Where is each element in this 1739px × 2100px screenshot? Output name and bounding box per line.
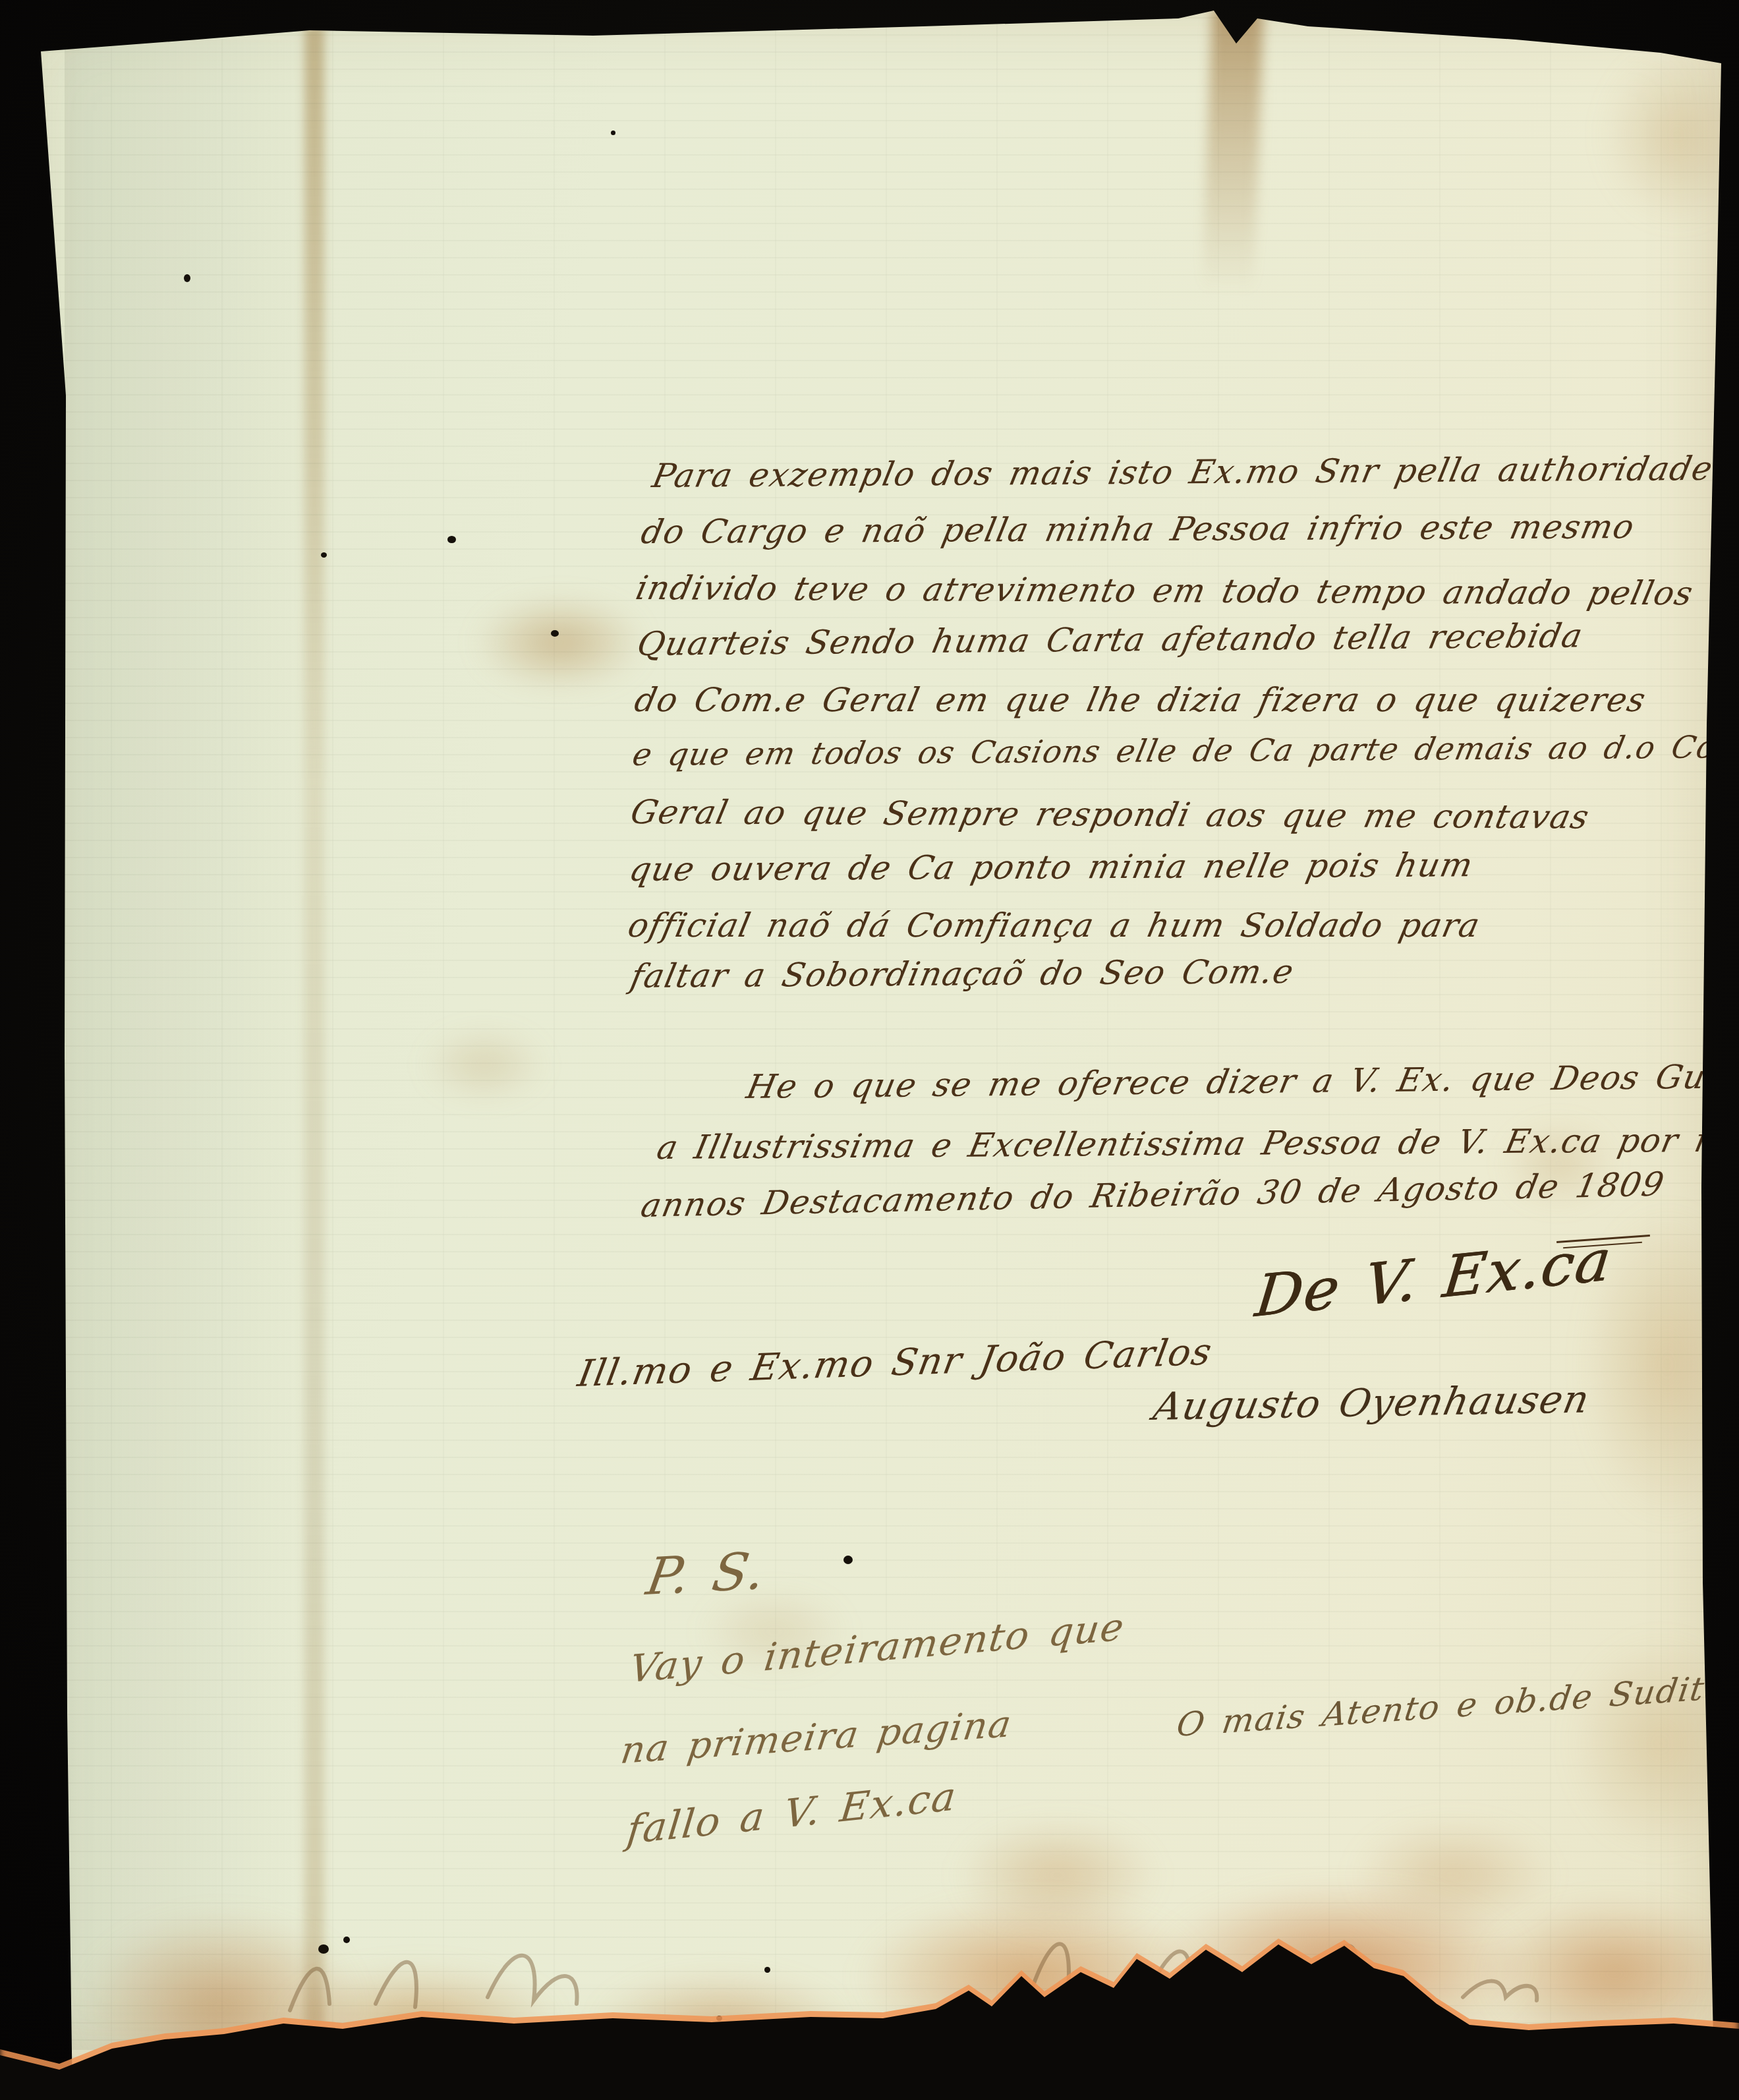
body-line-5: do Com.e Geral em que lhe dizia fizera o… (631, 681, 1649, 719)
ink-speck (447, 536, 456, 543)
body-line-2: do Cargo e naõ pella minha Pessoa infrio… (638, 508, 1638, 551)
ink-speck (551, 630, 559, 637)
ink-speck (843, 1556, 853, 1564)
left-margin-tone (65, 40, 308, 2050)
body-line-8: que ouvera de Ca ponto minia nelle pois … (626, 846, 1477, 889)
closing-line-2: a Illustrissima e Excellentissima Pessoa… (654, 1121, 1739, 1167)
photograph-of-letter: Para exzemplo dos mais isto Ex.mo Snr pe… (0, 0, 1739, 2100)
postscript-heading: P. S. (642, 1542, 770, 1607)
top-center-fold-crease (1203, 9, 1264, 293)
letter-page: Para exzemplo dos mais isto Ex.mo Snr pe… (0, 0, 1739, 2100)
signature: Augusto Oyenhausen (1150, 1377, 1593, 1429)
body-line-3: individo teve o atrevimento em todo temp… (633, 569, 1697, 612)
stain-blot (474, 597, 646, 689)
vertical-fold-crease (304, 26, 324, 2043)
ink-speck (611, 131, 615, 135)
ink-speck (184, 274, 190, 282)
body-line-7: Geral ao que Sempre respondi aos que me … (627, 793, 1593, 836)
body-line-10: faltar a Sobordinaçaõ do Seo Com.e (627, 952, 1297, 995)
body-line-9: official naõ dá Comfiança a hum Soldado … (625, 906, 1484, 945)
body-line-1: Para exzemplo dos mais isto Ex.mo Snr pe… (649, 450, 1717, 495)
body-line-6: e que em todos os Casions elle de Ca par… (629, 729, 1739, 773)
stain-blot (422, 1028, 547, 1101)
ink-speck (321, 552, 327, 558)
